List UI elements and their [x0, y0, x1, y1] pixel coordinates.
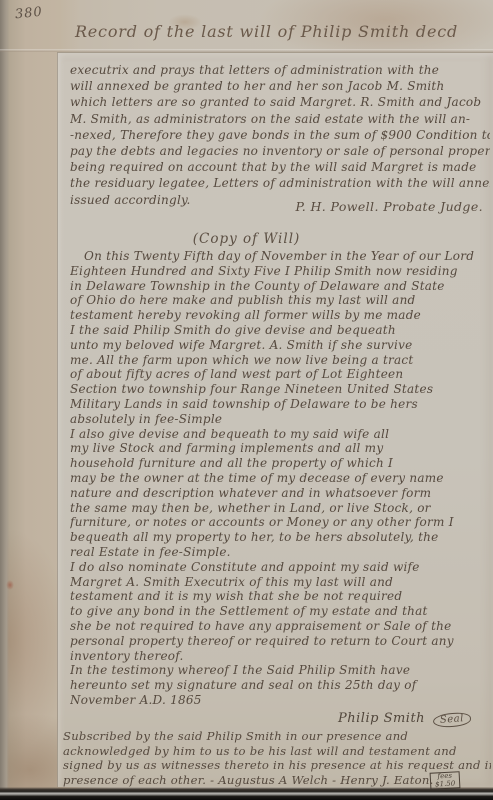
manuscript-line: me. All the farm upon which we now live …	[70, 353, 491, 368]
manuscript-line: presence of each other. - Augustus A Wel…	[63, 773, 491, 788]
manuscript-line: I do also nominate Constitute and appoin…	[70, 560, 491, 575]
manuscript-line: real Estate in fee-Simple.	[70, 545, 491, 560]
scanned-will-record-page: 380 Record of the last will of Philip Sm…	[0, 0, 493, 800]
manuscript-line: of about fifty acres of land west part o…	[70, 367, 491, 382]
manuscript-line: Margret A. Smith Executrix of this my la…	[70, 575, 491, 590]
manuscript-line: November A.D. 1865	[70, 693, 491, 708]
manuscript-line: the same may then be, whether in Land, o…	[70, 501, 491, 516]
manuscript-line: testament and it is my wish that she be …	[70, 589, 491, 604]
page-title: Record of the last will of Philip Smith …	[60, 22, 473, 41]
manuscript-line: Subscribed by the said Philip Smith in o…	[63, 729, 491, 744]
probate-judge-signature: P. H. Powell. Probate Judge.	[295, 199, 483, 214]
manuscript-line: my live Stock and farming implements and…	[70, 441, 491, 456]
will-heading: (Copy of Will)	[0, 231, 493, 247]
manuscript-line: may be the owner at the time of my decea…	[70, 471, 491, 486]
manuscript-line: in Delaware Township in the County of De…	[70, 279, 491, 294]
testator-signature: Philip SmithSeal	[338, 711, 471, 727]
manuscript-line: On this Twenty Fifth day of November in …	[70, 249, 491, 264]
manuscript-line: she be not required to have any appraise…	[70, 619, 491, 634]
manuscript-line: furniture, or notes or accounts or Money…	[70, 515, 491, 530]
manuscript-line: personal property thereof or required to…	[70, 634, 491, 649]
manuscript-line: bequeath all my property to her, to be h…	[70, 530, 491, 545]
manuscript-line: Section two township four Range Nineteen…	[70, 382, 491, 397]
manuscript-line: hereunto set my signature and seal on th…	[70, 678, 491, 693]
manuscript-line: which letters are so granted to said Mar…	[70, 94, 490, 110]
page-number: 380	[14, 5, 43, 23]
paper-seam	[0, 49, 493, 52]
manuscript-line: absolutely in fee-Simple	[70, 412, 491, 427]
manuscript-line: unto my beloved wife Margret. A. Smith i…	[70, 338, 491, 353]
manuscript-line: signed by us as witnesses thereto in his…	[63, 758, 491, 773]
testator-signature-name: Philip Smith	[338, 711, 425, 726]
seal-stamp: Seal	[433, 712, 472, 729]
manuscript-line: Eighteen Hundred and Sixty Five I Philip…	[70, 264, 491, 279]
manuscript-line: I also give devise and bequeath to my sa…	[70, 427, 491, 442]
manuscript-line: -nexed, Therefore they gave bonds in the…	[70, 127, 490, 143]
manuscript-line: household furniture and all the property…	[70, 456, 491, 471]
manuscript-line: of Ohio do here make and publish this my…	[70, 293, 491, 308]
book-bottom-edge	[0, 787, 493, 800]
manuscript-line: being required on account that by the wi…	[70, 159, 490, 175]
manuscript-line: In the testimony whereof I the Said Phil…	[70, 663, 491, 678]
manuscript-line: will annexed be granted to her and her s…	[70, 78, 490, 94]
will-body-paragraph: On this Twenty Fifth day of November in …	[70, 249, 491, 708]
manuscript-line: executrix and prays that letters of admi…	[70, 62, 490, 78]
manuscript-line: Military Lands in said township of Delaw…	[70, 397, 491, 412]
probate-paragraph: executrix and prays that letters of admi…	[70, 62, 490, 208]
manuscript-line: nature and description whatever and in w…	[70, 486, 491, 501]
manuscript-line: acknowledged by him to us to be his last…	[63, 744, 491, 759]
manuscript-line: to give any bond in the Settlement of my…	[70, 604, 491, 619]
page-gutter-shadow	[0, 0, 9, 800]
manuscript-line: inventory thereof.	[70, 649, 491, 664]
paper-stain	[6, 580, 14, 590]
manuscript-line: testament hereby revoking all former wil…	[70, 308, 491, 323]
manuscript-line: the residuary legatee, Letters of admini…	[70, 175, 490, 191]
manuscript-line: M. Smith, as administrators on the said …	[70, 111, 490, 127]
manuscript-line: pay the debts and legacies no inventory …	[70, 143, 490, 159]
manuscript-line: I the said Philip Smith do give devise a…	[70, 323, 491, 338]
attestation-paragraph: Subscribed by the said Philip Smith in o…	[63, 729, 491, 788]
